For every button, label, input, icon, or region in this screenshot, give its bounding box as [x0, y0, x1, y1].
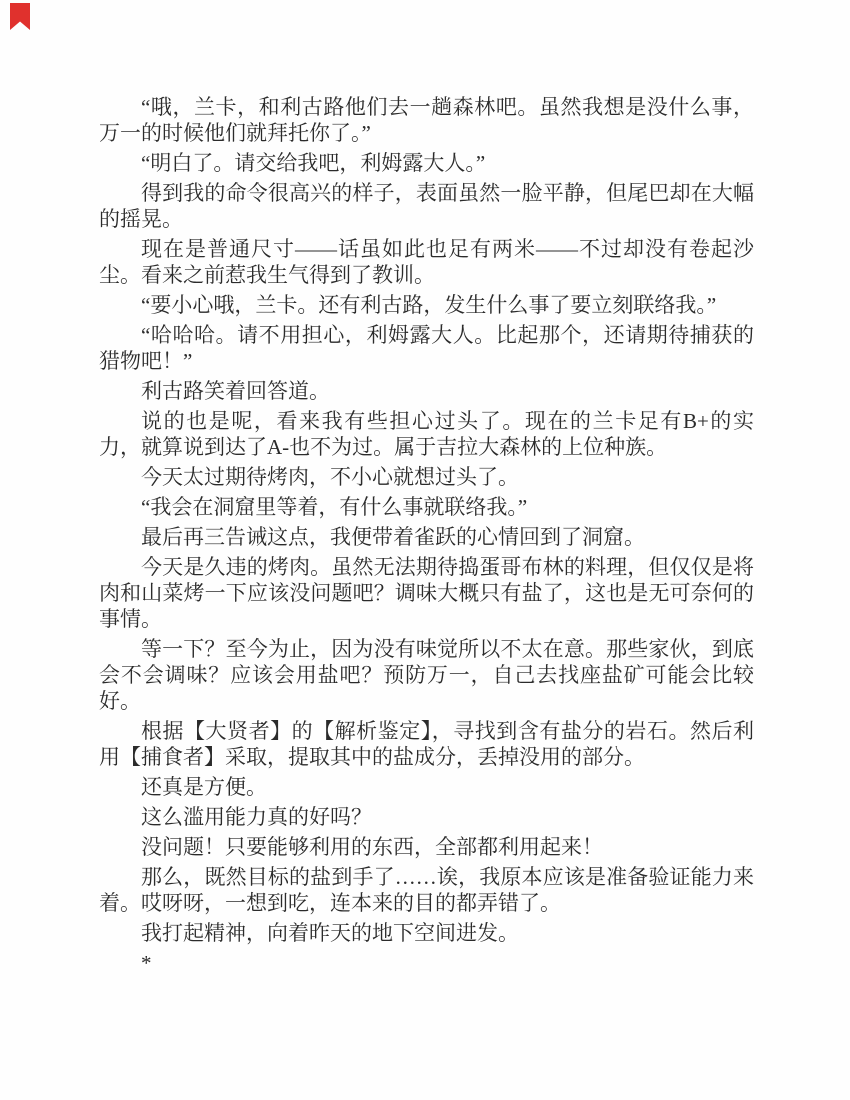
paragraph: “我会在洞窟里等着，有什么事就联络我。” [99, 494, 754, 520]
paragraph: 得到我的命令很高兴的样子，表面虽然一脸平静，但尾巴却在大幅的摇晃。 [99, 180, 754, 232]
paragraph: “哈哈哈。请不用担心，利姆露大人。比起那个，还请期待捕获的猎物吧！” [99, 322, 754, 374]
paragraph: * [99, 950, 754, 976]
paragraph: 等一下？至今为止，因为没有味觉所以不太在意。那些家伙，到底会不会调味？应该会用盐… [99, 636, 754, 714]
paragraph: 利古路笑着回答道。 [99, 378, 754, 404]
paragraph: 我打起精神，向着昨天的地下空间进发。 [99, 920, 754, 946]
bookmark-icon[interactable] [10, 3, 30, 30]
paragraph: 最后再三告诫这点，我便带着雀跃的心情回到了洞窟。 [99, 524, 754, 550]
paragraph: 说的也是呢，看来我有些担心过头了。现在的兰卡足有B+的实力，就算说到达了A-也不… [99, 408, 754, 460]
paragraph: 这么滥用能力真的好吗？ [99, 804, 754, 830]
paragraph: “明白了。请交给我吧，利姆露大人。” [99, 150, 754, 176]
paragraph: “要小心哦，兰卡。还有利古路，发生什么事了要立刻联络我。” [99, 292, 754, 318]
paragraph: 今天太过期待烤肉，不小心就想过头了。 [99, 464, 754, 490]
book-page: “哦，兰卡，和利古路他们去一趟森林吧。虽然我想是没什么事，万一的时候他们就拜托你… [0, 0, 850, 1100]
page-text: “哦，兰卡，和利古路他们去一趟森林吧。虽然我想是没什么事，万一的时候他们就拜托你… [99, 94, 754, 980]
paragraph: 还真是方便。 [99, 774, 754, 800]
paragraph: 根据【大贤者】的【解析鉴定】，寻找到含有盐分的岩石。然后利用【捕食者】采取，提取… [99, 718, 754, 770]
paragraph: 现在是普通尺寸——话虽如此也足有两米——不过却没有卷起沙尘。看来之前惹我生气得到… [99, 236, 754, 288]
paragraph: “哦，兰卡，和利古路他们去一趟森林吧。虽然我想是没什么事，万一的时候他们就拜托你… [99, 94, 754, 146]
paragraph: 没问题！只要能够利用的东西，全部都利用起来！ [99, 834, 754, 860]
paragraph: 那么，既然目标的盐到手了……诶，我原本应该是准备验证能力来着。哎呀呀，一想到吃，… [99, 864, 754, 916]
paragraph: 今天是久违的烤肉。虽然无法期待捣蛋哥布林的料理，但仅仅是将肉和山菜烤一下应该没问… [99, 554, 754, 632]
